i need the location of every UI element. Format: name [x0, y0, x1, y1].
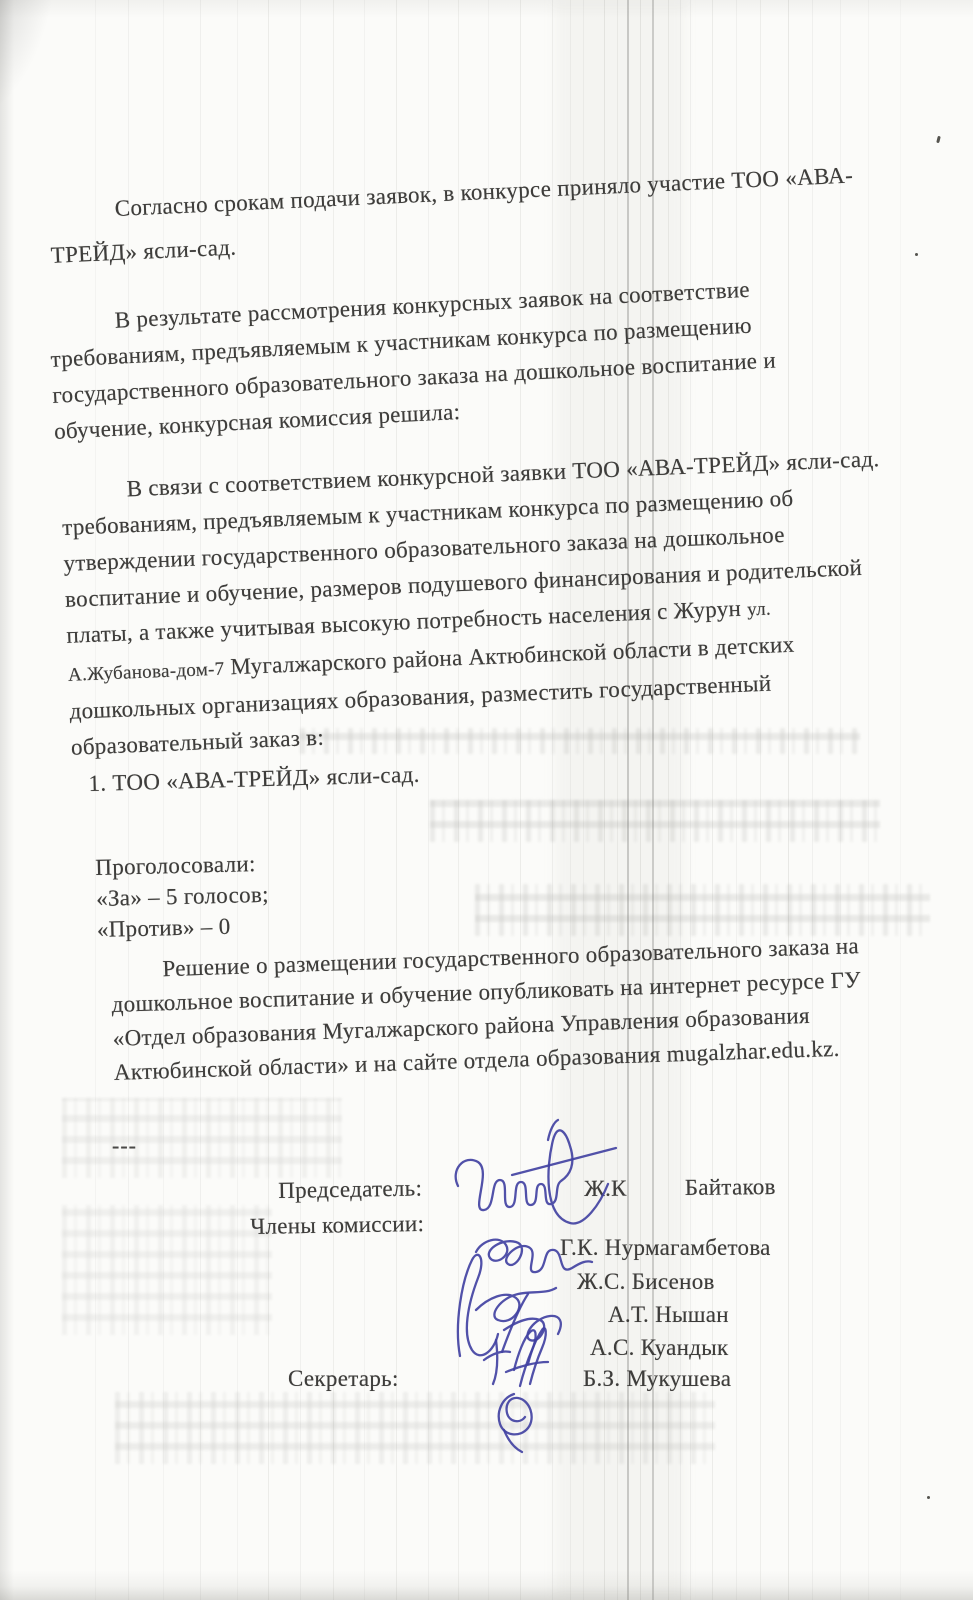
scan-streak-line: [868, 0, 869, 1600]
paragraph-result: В результате рассмотрения конкурсных зая…: [48, 271, 778, 450]
member-name: А.С. Куандык: [590, 1335, 728, 1361]
scan-streak-line: [812, 0, 813, 1600]
chairman-label: Председатель:: [278, 1175, 422, 1204]
text-run-small: А.Жубанова-дом-7: [68, 659, 225, 686]
paragraph-publish: Решение о размещении государственного об…: [110, 929, 864, 1090]
bleedthrough-artifact: [115, 1392, 715, 1464]
scanned-document-page: Согласно срокам подачи заявок, в конкурс…: [0, 0, 973, 1600]
scan-streak-line: [840, 0, 841, 1600]
text-line: 1. ТОО «АВА-ТРЕЙД» ясли-сад.: [88, 757, 420, 802]
paragraph-intro: Согласно срокам подачи заявок, в конкурс…: [48, 157, 856, 273]
members-label: Члены комиссии:: [250, 1211, 424, 1240]
bleedthrough-artifact: [62, 1205, 272, 1335]
bleedthrough-artifact: [430, 800, 880, 842]
paragraph-decision: В связи с соответствием конкурсной заявк…: [60, 441, 890, 766]
list-item-1: 1. ТОО «АВА-ТРЕЙД» ясли-сад.: [88, 757, 420, 802]
scan-streak-line: [900, 0, 901, 1600]
secretary-label: Секретарь:: [288, 1366, 399, 1392]
member-name: А.Т. Нышан: [608, 1302, 729, 1328]
vote-for: «За» – 5 голосов;: [96, 879, 269, 914]
scan-speck: [927, 1496, 930, 1499]
vote-against: «Против» – 0: [97, 910, 270, 945]
secretary-signature: [490, 1386, 544, 1456]
vote-header: Проголосовали:: [95, 848, 268, 883]
scan-speck: [915, 253, 918, 256]
scan-speck: [936, 136, 941, 144]
member-name: Ж.С. Бисенов: [577, 1269, 715, 1295]
bleedthrough-artifact: [62, 1098, 342, 1178]
text-run-small: ул.: [747, 599, 772, 621]
name-gap: [627, 1195, 685, 1196]
secretary-name: Б.З. Мукушева: [583, 1366, 731, 1392]
bleedthrough-artifact: [475, 884, 930, 936]
dash-mark: ---: [112, 1128, 137, 1164]
chairman-surname: Байтаков: [685, 1174, 776, 1200]
vote-block: Проголосовали: «За» – 5 голосов; «Против…: [95, 848, 270, 945]
